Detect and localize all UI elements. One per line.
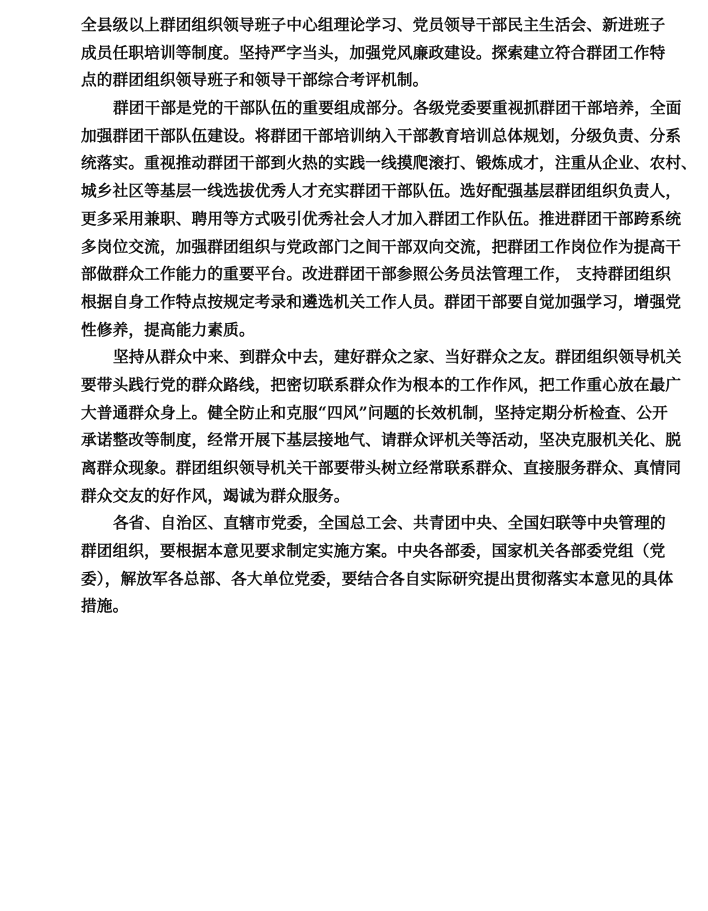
paragraph-cadre-team: 群团干部是党的干部队伍的重要组成部分。各级党委要重视抓群团干部培养，全面 加强群…: [81, 94, 626, 343]
paragraph-mass-line: 坚持从群众中来、到群众中去，建好群众之家、当好群众之友。群团组织领导机关 要带头…: [81, 343, 626, 509]
text-line: 加强群团干部队伍建设。将群团干部培训纳入干部教育培训总体规划，分级负责、分系: [81, 122, 626, 150]
text-line: 群团组织，要根据本意见要求制定实施方案。中央各部委，国家机关各部委党组（党: [81, 537, 626, 565]
document-page: 全县级以上群团组织领导班子中心组理论学习、党员领导干部民主生活会、新进班子 成员…: [81, 11, 626, 620]
text-line: 全县级以上群团组织领导班子中心组理论学习、党员领导干部民主生活会、新进班子: [81, 11, 626, 39]
paragraph-leadership-system: 全县级以上群团组织领导班子中心组理论学习、党员领导干部民主生活会、新进班子 成员…: [81, 11, 626, 94]
paragraph-implementation: 各省、自治区、直辖市党委，全国总工会、共青团中央、全国妇联等中央管理的 群团组织…: [81, 509, 626, 620]
text-line: 统落实。重视推动群团干部到火热的实践一线摸爬滚打、锻炼成才，注重从企业、农村、: [81, 149, 626, 177]
text-line: 要带头践行党的群众路线，把密切联系群众作为根本的工作作风，把工作重心放在最广: [81, 371, 626, 399]
text-line: 群众交友的好作风，竭诚为群众服务。: [81, 482, 626, 510]
text-line: 根据自身工作特点按规定考录和遴选机关工作人员。群团干部要自觉加强学习，增强党: [81, 288, 626, 316]
text-line: 城乡社区等基层一线选拔优秀人才充实群团干部队伍。选好配强基层群团组织负责人，: [81, 177, 626, 205]
text-line: 多岗位交流，加强群团组织与党政部门之间干部双向交流，把群团工作岗位作为提高干: [81, 233, 626, 261]
text-line: 点的群团组织领导班子和领导干部综合考评机制。: [81, 66, 626, 94]
text-line: 离群众现象。群团组织领导机关干部要带头树立经常联系群众、直接服务群众、真情同: [81, 454, 626, 482]
text-line: 性修养，提高能力素质。: [81, 316, 626, 344]
text-line: 更多采用兼职、聘用等方式吸引优秀社会人才加入群团工作队伍。推进群团干部跨系统: [81, 205, 626, 233]
text-line: 群团干部是党的干部队伍的重要组成部分。各级党委要重视抓群团干部培养，全面: [81, 94, 626, 122]
text-line: 承诺整改等制度，经常开展下基层接地气、请群众评机关等活动，坚决克服机关化、脱: [81, 426, 626, 454]
text-line: 各省、自治区、直辖市党委，全国总工会、共青团中央、全国妇联等中央管理的: [81, 509, 626, 537]
text-line: 部做群众工作能力的重要平台。改进群团干部参照公务员法管理工作， 支持群团组织: [81, 260, 626, 288]
text-line: 大普通群众身上。健全防止和克服“四风”问题的长效机制，坚持定期分析检查、公开: [81, 399, 626, 427]
text-line: 委），解放军各总部、各大单位党委，要结合各自实际研究提出贯彻落实本意见的具体: [81, 565, 626, 593]
text-line: 措施。: [81, 592, 626, 620]
text-line: 坚持从群众中来、到群众中去，建好群众之家、当好群众之友。群团组织领导机关: [81, 343, 626, 371]
text-line: 成员任职培训等制度。坚持严字当头，加强党风廉政建设。探索建立符合群团工作特: [81, 39, 626, 67]
